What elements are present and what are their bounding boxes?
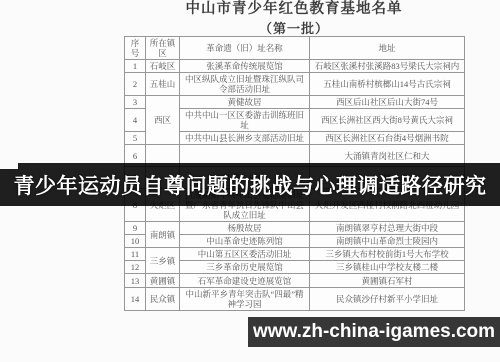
cell-address: 南朗镇中山革命烈士陵园内 (310, 235, 465, 248)
cell-town: 三乡镇 (146, 248, 180, 274)
cell-no: 13 (125, 274, 146, 288)
cell-town: 黄圃镇 (146, 274, 180, 288)
banner-corner-notch (0, 163, 18, 169)
table-row: 1 石岐区 张溪革命传统展览馆 石岐区张溪村张溪路83号梁氏大宗祠内 (125, 60, 465, 73)
cell-no: 10 (125, 235, 146, 248)
cell-site-name: 中山革命史迹陈列馆 (180, 235, 310, 248)
table-row: 2 五桂山 中区纵队成立旧址暨珠江纵队司令部活动旧址 五桂山南桥村槟榔山14号古… (125, 73, 465, 96)
table-row: 13 黄圃镇 石军革命建设史迹展览馆 黄圃镇石军村 (125, 274, 465, 288)
header-site-name: 革命遗（旧）址名称 (180, 37, 310, 60)
cell-town: 五桂山 (146, 73, 180, 96)
cell-town: 石岐区 (146, 60, 180, 73)
cell-town: 民众镇 (146, 288, 180, 311)
cell-site-name: 中共中山一区区委游击训练班旧址 (180, 109, 310, 132)
table-row: 11 三乡镇 中山第五区区委活动旧址 三乡镇大布村校前街1号大布学校 (125, 248, 465, 261)
watermark-banner: www.zh-china-igames.com (248, 317, 500, 347)
cell-no: 11 (125, 248, 146, 261)
page-title: 中山市青少年红色教育基地名单 (124, 1, 464, 18)
cell-no: 1 (125, 60, 146, 73)
cell-site-name: 黄健故居 (180, 96, 310, 109)
header-town: 所在镇区 (146, 37, 180, 60)
cell-no: 9 (125, 222, 146, 235)
cell-address: 西区长洲社区石台街4号烟洲书院 (310, 132, 465, 145)
document-title-block: 中山市青少年红色教育基地名单 （第一批） (124, 0, 464, 36)
cell-address: 黄圃镇石军村 (310, 274, 465, 288)
cell-address: 南朗镇翠亨村总理大街中段 (310, 222, 465, 235)
cell-no: 2 (125, 73, 146, 96)
cell-site-name: 中山第五区区委活动旧址 (180, 248, 310, 261)
page-subtitle: （第一批） (124, 21, 464, 36)
cell-town: 西区 (146, 96, 180, 145)
cell-address: 西区后山社区后山大街74号 (310, 96, 465, 109)
header-no: 序号 (125, 37, 146, 60)
cell-address: 石岐区张溪村张溪路83号梁氏大宗祠内 (310, 60, 465, 73)
scanned-document-page: 中山市青少年红色教育基地名单 （第一批） 序号 所在镇区 革命遗（旧）址名称 地… (0, 0, 500, 362)
table-header-row: 序号 所在镇区 革命遗（旧）址名称 地址 (125, 37, 465, 60)
cell-address: 三乡镇大布村校前街1号大布学校 (310, 248, 465, 261)
cell-address: 五桂山南桥村槟榔山14号古氏宗祠 (310, 73, 465, 96)
cell-town: 南朗镇 (146, 222, 180, 248)
cell-site-name: 杨殷故居 (180, 222, 310, 235)
cell-site-name: 中区纵队成立旧址暨珠江纵队司令部活动旧址 (180, 73, 310, 96)
cell-no: 3 (125, 96, 146, 109)
cell-no: 12 (125, 261, 146, 274)
article-title-banner: 青少年运动员自尊问题的挑战与心理调适路径研究 (0, 163, 500, 206)
cell-site-name: 石军革命建设史迹展览馆 (180, 274, 310, 288)
cell-site-name: 中共中山县长洲乡支部活动旧址 (180, 132, 310, 145)
table-row: 3 西区 黄健故居 西区后山社区后山大街74号 (125, 96, 465, 109)
table-row: 9 南朗镇 杨殷故居 南朗镇翠亨村总理大街中段 (125, 222, 465, 235)
cell-no: 4 (125, 109, 146, 132)
cell-site-name: 三乡革命历史展览馆 (180, 261, 310, 274)
watermark-url-text: www.zh-china-igames.com (253, 321, 495, 343)
cell-site-name: 中山新平乡青年突击队“四最”精神学习园 (180, 288, 310, 311)
cell-address: 西区长洲社区西大街8号黄氏大宗祠 (310, 109, 465, 132)
header-address: 地址 (310, 37, 465, 60)
cell-no: 5 (125, 132, 146, 145)
cell-site-name: 张溪革命传统展览馆 (180, 60, 310, 73)
table-row: 14 民众镇 中山新平乡青年突击队“四最”精神学习园 民众镇沙仔村新平小学旧址 (125, 288, 465, 311)
cell-address: 三乡镇桂山中学校友楼二楼 (310, 261, 465, 274)
article-title-text: 青少年运动员自尊问题的挑战与心理调适路径研究 (14, 170, 487, 200)
cell-address: 民众镇沙仔村新平小学旧址 (310, 288, 465, 311)
cell-no: 14 (125, 288, 146, 311)
